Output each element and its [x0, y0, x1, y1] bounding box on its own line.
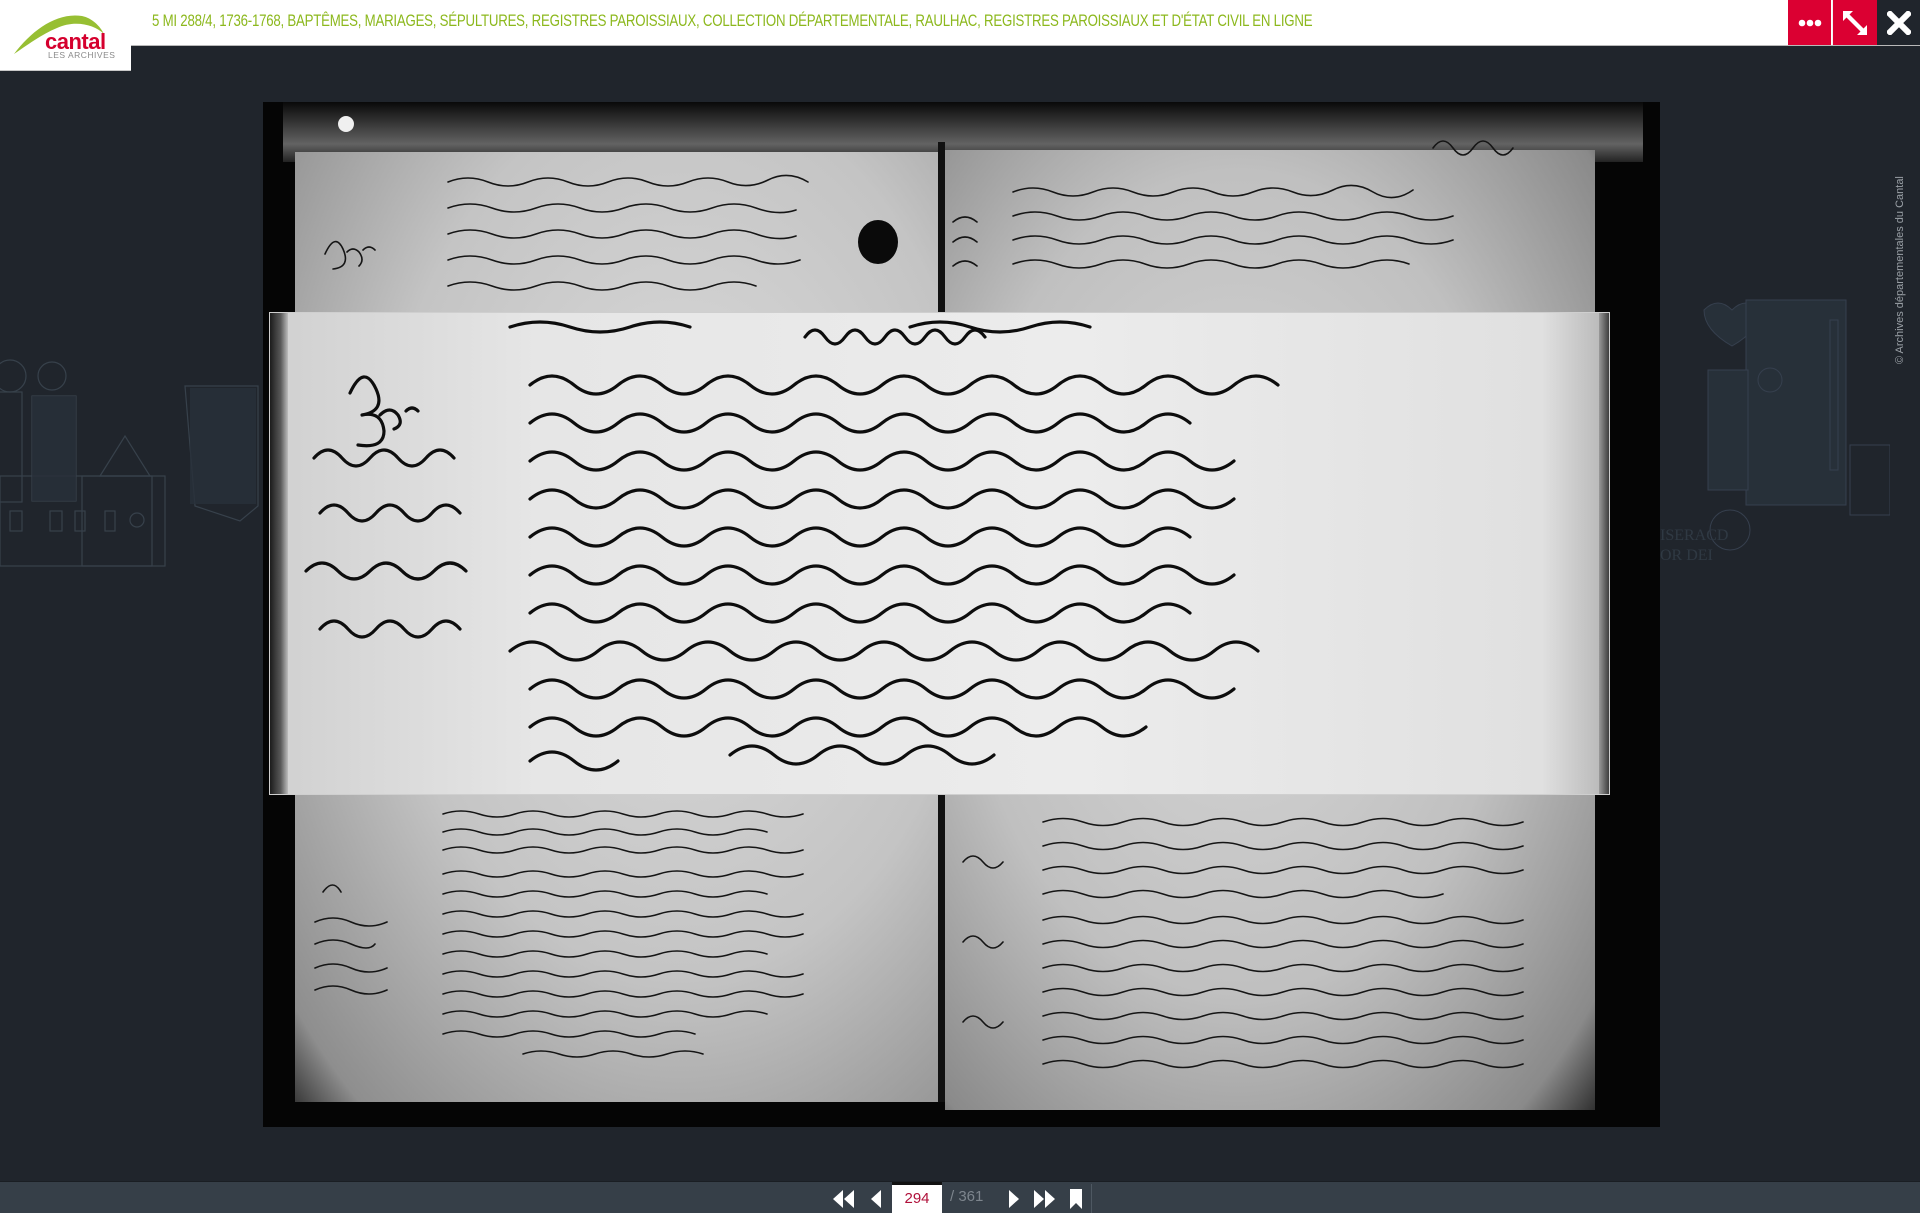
pagination-bar: 294 / 361 — [0, 1181, 1920, 1213]
more-dots-icon — [1798, 19, 1822, 27]
background-illustration-right-icon: ISERACD OR DEI — [1660, 280, 1890, 570]
expand-arrows-icon — [1842, 10, 1868, 36]
last-page-icon — [1032, 1189, 1056, 1209]
background-illustration-left-icon — [0, 326, 270, 626]
close-viewer-button[interactable] — [1877, 0, 1920, 45]
bookmark-icon — [1070, 1189, 1082, 1209]
register-scan[interactable] — [263, 102, 1660, 1127]
lens-edge-left — [270, 313, 288, 794]
first-page-button[interactable] — [830, 1186, 858, 1212]
next-page-button[interactable] — [1000, 1186, 1028, 1212]
total-pages-label: / 361 — [950, 1188, 983, 1205]
magnifier-lens[interactable] — [270, 313, 1609, 794]
pagination-divider — [1091, 1184, 1092, 1213]
image-viewer[interactable]: ISERACD OR DEI © Archives départementale… — [0, 46, 1920, 1181]
fullscreen-button[interactable] — [1832, 0, 1877, 45]
lens-edge-right — [1599, 313, 1609, 794]
header-bar: cantal LES ARCHIVES 5 MI 288/4, 1736-176… — [0, 0, 1920, 46]
first-page-icon — [832, 1189, 856, 1209]
logo-subtitle: LES ARCHIVES — [48, 50, 115, 60]
next-page-icon — [1007, 1189, 1021, 1209]
cantal-archives-logo[interactable]: cantal LES ARCHIVES — [0, 0, 131, 70]
last-page-button[interactable] — [1030, 1186, 1058, 1212]
current-page-input[interactable]: 294 — [892, 1182, 942, 1213]
previous-page-button[interactable] — [862, 1186, 890, 1212]
more-options-button[interactable] — [1788, 0, 1831, 45]
document-title: 5 MI 288/4, 1736-1768, BAPTÊMES, MARIAGE… — [152, 11, 1312, 31]
prev-page-icon — [869, 1189, 883, 1209]
copyright-notice: © Archives départementales du Cantal — [1894, 176, 1906, 364]
svg-text:OR DEI: OR DEI — [1660, 547, 1713, 564]
close-x-icon — [1887, 11, 1911, 35]
svg-text:ISERACD: ISERACD — [1660, 527, 1728, 544]
bookmark-button[interactable] — [1062, 1186, 1090, 1212]
magnified-handwriting-icon — [270, 313, 1609, 794]
